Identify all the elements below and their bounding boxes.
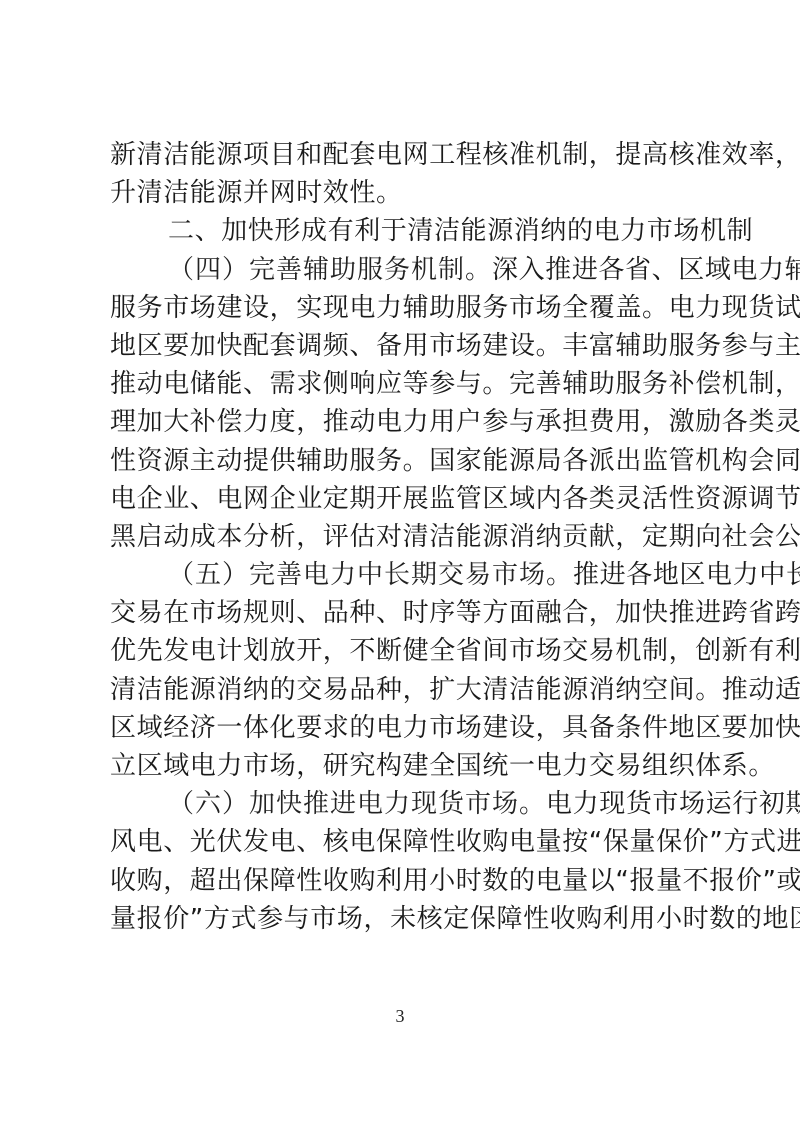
paragraph-text: 电力现货市场运行初期，	[546, 789, 800, 819]
text-line: 服务市场建设，实现电力辅助服务市场全覆盖。电力现货试点	[110, 289, 694, 327]
paragraph-first-line: （六）加快推进电力现货市场。电力现货市场运行初期，	[110, 785, 694, 823]
text-line: 量报价”方式参与市场，未核定保障性收购利用小时数的地区，	[110, 900, 694, 938]
document-body: 新清洁能源项目和配套电网工程核准机制，提高核准效率，提 升清洁能源并网时效性。 …	[110, 136, 694, 938]
text-line: 性资源主动提供辅助服务。国家能源局各派出监管机构会同发	[110, 442, 694, 480]
text-line: 黑启动成本分析，评估对清洁能源消纳贡献，定期向社会公布。	[110, 518, 694, 556]
page-number: 3	[0, 1006, 800, 1027]
text-line: 交易在市场规则、品种、时序等方面融合，加快推进跨省跨区	[110, 594, 694, 632]
text-line: 新清洁能源项目和配套电网工程核准机制，提高核准效率，提	[110, 136, 694, 174]
paragraph-text: 推进各地区电力中长期	[573, 560, 800, 590]
text-line: 优先发电计划放开，不断健全省间市场交易机制，创新有利于	[110, 632, 694, 670]
paragraph-first-line: （四）完善辅助服务机制。深入推进各省、区域电力辅助	[110, 251, 694, 289]
document-page: 新清洁能源项目和配套电网工程核准机制，提高核准效率，提 升清洁能源并网时效性。 …	[0, 0, 800, 1131]
text-line: 区域经济一体化要求的电力市场建设，具备条件地区要加快建	[110, 709, 694, 747]
text-line: 地区要加快配套调频、备用市场建设。丰富辅助服务参与主体，	[110, 327, 694, 365]
text-line: 收购，超出保障性收购利用小时数的电量以“报量不报价”或“报	[110, 862, 694, 900]
paragraph-auxiliary-services: （四）完善辅助服务机制。深入推进各省、区域电力辅助 服务市场建设，实现电力辅助服…	[110, 251, 694, 557]
paragraph-title: （六）加快推进电力现货市场。	[168, 789, 546, 819]
text-line: 升清洁能源并网时效性。	[110, 174, 694, 212]
text-line: 清洁能源消纳的交易品种，扩大清洁能源消纳空间。推动适应	[110, 671, 694, 709]
text-line: 电企业、电网企业定期开展监管区域内各类灵活性资源调节、	[110, 480, 694, 518]
text-line: 理加大补偿力度，推动电力用户参与承担费用，激励各类灵活	[110, 403, 694, 441]
paragraph-text: 深入推进各省、区域电力辅助	[492, 255, 800, 285]
text-line: 风电、光伏发电、核电保障性收购电量按“保量保价”方式进行	[110, 823, 694, 861]
paragraph-title: （四）完善辅助服务机制。	[168, 255, 492, 285]
section-heading: 二、加快形成有利于清洁能源消纳的电力市场机制	[110, 212, 694, 250]
paragraph-first-line: （五）完善电力中长期交易市场。推进各地区电力中长期	[110, 556, 694, 594]
paragraph-medium-long-term-market: （五）完善电力中长期交易市场。推进各地区电力中长期 交易在市场规则、品种、时序等…	[110, 556, 694, 785]
paragraph-title: （五）完善电力中长期交易市场。	[168, 560, 573, 590]
paragraph-spot-market: （六）加快推进电力现货市场。电力现货市场运行初期， 风电、光伏发电、核电保障性收…	[110, 785, 694, 938]
text-line: 立区域电力市场，研究构建全国统一电力交易组织体系。	[110, 747, 694, 785]
text-line: 推动电储能、需求侧响应等参与。完善辅助服务补偿机制，合	[110, 365, 694, 403]
